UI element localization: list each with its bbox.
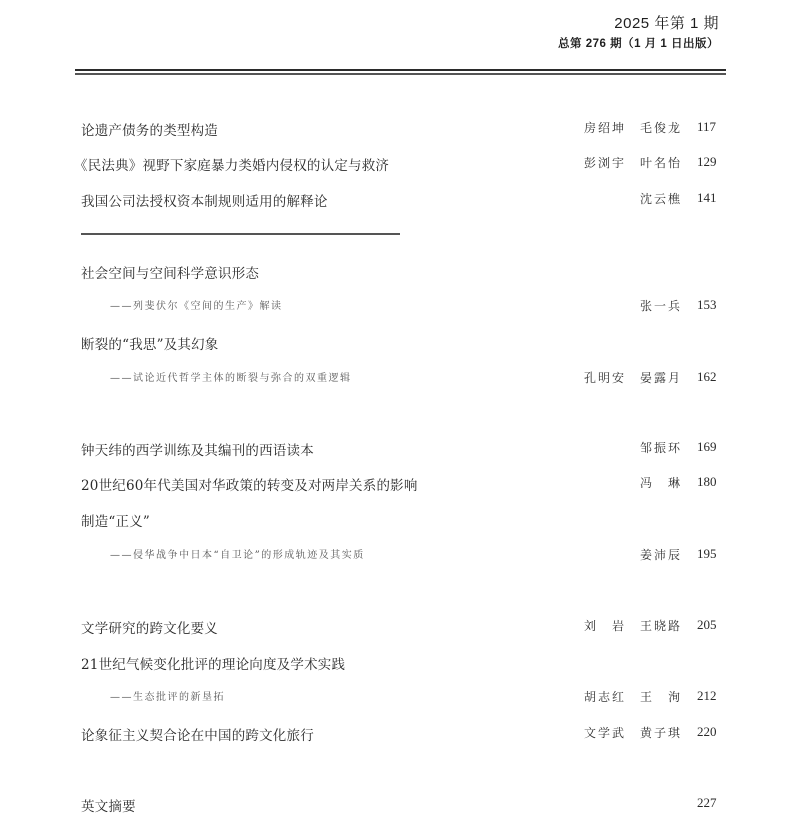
author-2: 姜沛辰 bbox=[640, 546, 682, 563]
toc-entry[interactable]: 《民法典》视野下家庭暴力类婚内侵权的认定与救济 彭浏宇 叶名怡 129 bbox=[0, 154, 799, 176]
article-title[interactable]: 钟天纬的西学训练及其编刊的西语读本 bbox=[81, 439, 314, 459]
page-number: 227 bbox=[697, 795, 717, 811]
article-title[interactable]: 论象征主义契合论在中国的跨文化旅行 bbox=[81, 724, 314, 744]
page-number: 162 bbox=[697, 369, 717, 385]
toc-entry[interactable]: 英文摘要 227 bbox=[0, 795, 799, 817]
page-number: 169 bbox=[697, 439, 717, 455]
author-2: 王晓路 bbox=[640, 617, 682, 634]
page-number: 129 bbox=[697, 154, 717, 170]
toc-entry[interactable]: 我国公司法授权资本制规则适用的解释论 沈云樵 141 bbox=[0, 190, 799, 212]
author-1: 刘 岩 bbox=[584, 617, 626, 634]
article-title[interactable]: 我国公司法授权资本制规则适用的解释论 bbox=[81, 190, 328, 210]
article-title[interactable]: 论遗产债务的类型构造 bbox=[81, 119, 218, 139]
toc-entry-sub: ——生态批评的新垦拓 胡志红 王 洵 212 bbox=[0, 688, 799, 710]
toc-entry[interactable]: 20世纪60年代美国对华政策的转变及对两岸关系的影响 冯 琳 180 bbox=[0, 474, 799, 496]
article-title[interactable]: 制造“正义” bbox=[81, 510, 150, 530]
toc-entry[interactable]: 断裂的“我思”及其幻象 bbox=[0, 333, 799, 355]
page-number: 141 bbox=[697, 190, 717, 206]
toc-entry-sub: ——列斐伏尔《空间的生产》解读 张一兵 153 bbox=[0, 297, 799, 319]
toc-entry-sub: ——侵华战争中日本“自卫论”的形成轨迹及其实质 姜沛辰 195 bbox=[0, 546, 799, 568]
toc-entry[interactable]: 论遗产债务的类型构造 房绍坤 毛俊龙 117 bbox=[0, 119, 799, 141]
author-2: 冯 琳 bbox=[640, 474, 682, 491]
section-divider bbox=[81, 233, 400, 235]
page-number: 153 bbox=[697, 297, 717, 313]
rule-line-bottom bbox=[75, 73, 726, 75]
author-2: 黄子琪 bbox=[640, 724, 682, 741]
article-title[interactable]: 英文摘要 bbox=[81, 795, 136, 815]
author-2: 邹振环 bbox=[640, 439, 682, 456]
page-number: 195 bbox=[697, 546, 717, 562]
article-subtitle: ——列斐伏尔《空间的生产》解读 bbox=[110, 297, 283, 312]
article-subtitle: ——侵华战争中日本“自卫论”的形成轨迹及其实质 bbox=[110, 546, 365, 561]
author-2: 叶名怡 bbox=[640, 154, 682, 171]
author-2: 晏露月 bbox=[640, 369, 682, 386]
page-number: 220 bbox=[697, 724, 717, 740]
author-1: 胡志红 bbox=[584, 688, 626, 705]
article-title[interactable]: 断裂的“我思”及其幻象 bbox=[81, 333, 219, 353]
page-number: 117 bbox=[697, 119, 716, 135]
issue-number: 2025 年第 1 期 bbox=[614, 12, 719, 33]
rule-line-top bbox=[75, 69, 726, 71]
author-2: 王 洵 bbox=[640, 688, 682, 705]
page-number: 205 bbox=[697, 617, 717, 633]
toc-entry[interactable]: 文学研究的跨文化要义 刘 岩 王晓路 205 bbox=[0, 617, 799, 639]
author-2: 张一兵 bbox=[640, 297, 682, 314]
article-title[interactable]: 21世纪气候变化批评的理论向度及学术实践 bbox=[81, 653, 345, 673]
author-1: 文学武 bbox=[584, 724, 626, 741]
article-title[interactable]: 《民法典》视野下家庭暴力类婚内侵权的认定与救济 bbox=[74, 154, 389, 174]
author-1: 房绍坤 bbox=[584, 119, 626, 136]
author-2: 毛俊龙 bbox=[640, 119, 682, 136]
page-number: 212 bbox=[697, 688, 717, 704]
article-subtitle: ——生态批评的新垦拓 bbox=[110, 688, 225, 703]
article-title[interactable]: 20世纪60年代美国对华政策的转变及对两岸关系的影响 bbox=[81, 474, 418, 494]
article-title[interactable]: 社会空间与空间科学意识形态 bbox=[81, 262, 259, 282]
toc-entry[interactable]: 钟天纬的西学训练及其编刊的西语读本 邹振环 169 bbox=[0, 439, 799, 461]
toc-entry[interactable]: 21世纪气候变化批评的理论向度及学术实践 bbox=[0, 653, 799, 675]
toc-entry[interactable]: 论象征主义契合论在中国的跨文化旅行 文学武 黄子琪 220 bbox=[0, 724, 799, 746]
article-subtitle: ——试论近代哲学主体的断裂与弥合的双重逻辑 bbox=[110, 369, 352, 384]
article-title[interactable]: 文学研究的跨文化要义 bbox=[81, 617, 218, 637]
page-number: 180 bbox=[697, 474, 717, 490]
header-double-rule bbox=[75, 69, 726, 75]
author-1: 彭浏宇 bbox=[584, 154, 626, 171]
author-2: 沈云樵 bbox=[640, 190, 682, 207]
toc-entry[interactable]: 制造“正义” bbox=[0, 510, 799, 532]
author-1: 孔明安 bbox=[584, 369, 626, 386]
toc-entry[interactable]: 社会空间与空间科学意识形态 bbox=[0, 262, 799, 284]
issue-detail: 总第 276 期（1 月 1 日出版） bbox=[558, 35, 719, 51]
toc-entry-sub: ——试论近代哲学主体的断裂与弥合的双重逻辑 孔明安 晏露月 162 bbox=[0, 369, 799, 391]
